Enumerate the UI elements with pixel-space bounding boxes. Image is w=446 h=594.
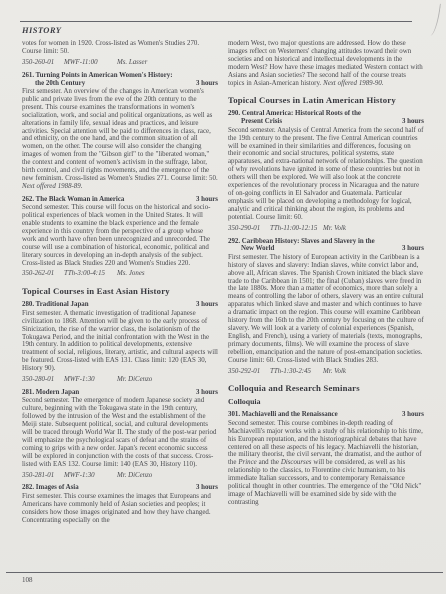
course-number-title: 261. Turning Points in American Women's … xyxy=(22,72,173,80)
course-titles: 290. Central America: Historical Roots o… xyxy=(228,110,361,126)
course-titles: 292. Caribbean History: Slaves and Slave… xyxy=(228,238,375,254)
course-instructor: Mr. DiCenzo xyxy=(117,472,152,480)
course-number-title: 290. Central America: Historical Roots o… xyxy=(228,110,361,118)
course-number-title: 292. Caribbean History: Slaves and Slave… xyxy=(228,238,375,246)
course-instructor: Ms. Jones xyxy=(117,270,145,278)
course-instructor: Mr. Volk xyxy=(323,368,346,376)
course-description: First semester. An overview of the chang… xyxy=(22,88,218,191)
course-description: First semester. A thematic investigation… xyxy=(22,310,218,373)
section-heading-latin-american: Topical Courses in Latin American Histor… xyxy=(228,95,424,105)
course-block-262: 262. The Black Woman in America 3 hours … xyxy=(22,196,218,279)
course-instructor: Mr. DiCenzo xyxy=(117,376,152,384)
course-code: 350-281-01 xyxy=(22,472,64,480)
course-number-title: 282. Images of Asia xyxy=(22,484,79,492)
course-hours: 3 hours xyxy=(402,118,424,126)
top-rule xyxy=(20,21,412,22)
course-description: Second semester. Analysis of Central Ame… xyxy=(228,127,424,222)
course-hours: 3 hours xyxy=(402,245,424,253)
continuation-paragraph: votes for women in 1920. Cross-listed as… xyxy=(22,40,218,56)
course-block-301: 301. Machiavelli and the Renaissance 3 h… xyxy=(228,411,424,506)
course-head: 292. Caribbean History: Slaves and Slave… xyxy=(228,238,424,254)
course-head: 280. Traditional Japan 3 hours xyxy=(22,301,218,309)
course-number-title: 301. Machiavelli and the Renaissance xyxy=(228,411,338,419)
bottom-rule xyxy=(6,572,443,573)
section-heading-east-asian: Topical Courses in East Asian History xyxy=(22,286,218,296)
course-instructor: Mr. Volk xyxy=(323,225,346,233)
course-description: Second semester. This course combines in… xyxy=(228,420,424,507)
course-time: TTh-11:00-12:15 xyxy=(270,225,323,233)
course-block-292: 292. Caribbean History: Slaves and Slave… xyxy=(228,238,424,376)
course-number-title: 280. Traditional Japan xyxy=(22,301,89,309)
scan-artifact xyxy=(427,3,441,37)
course-code: 350-290-01 xyxy=(228,225,270,233)
course-hours: 3 hours xyxy=(196,80,218,88)
course-title-line2: the 20th Century xyxy=(22,80,173,88)
course-time: MWF-1:30 xyxy=(64,376,117,384)
course-time: MWF-11:00 xyxy=(64,59,117,67)
continuation-paragraph: modern West, two major questions are add… xyxy=(228,40,424,87)
course-time: TTh-1:30-2:45 xyxy=(270,368,323,376)
course-description: Second semester. This course will focus … xyxy=(22,204,218,267)
course-instructor: Ms. Lasser xyxy=(117,59,147,67)
course-titles: 261. Turning Points in American Women's … xyxy=(22,72,173,88)
course-description: First semester. This course examines the… xyxy=(22,493,218,525)
course-code: 350-260-01 xyxy=(22,59,64,67)
course-hours: 3 hours xyxy=(196,301,218,309)
course-block-261: 261. Turning Points in American Women's … xyxy=(22,72,218,191)
course-block-282: 282. Images of Asia 3 hours First semest… xyxy=(22,484,218,524)
section-heading-colloquia-seminars: Colloquia and Research Seminars xyxy=(228,383,424,393)
course-hours: 3 hours xyxy=(196,484,218,492)
course-title-line2: New World xyxy=(228,245,375,253)
course-hours: 3 hours xyxy=(402,411,424,419)
catalog-page: HISTORY votes for women in 1920. Cross-l… xyxy=(0,0,446,594)
course-meta: 350-262-01 TTh-3:00-4:15 Ms. Jones xyxy=(22,270,218,278)
course-code: 350-292-01 xyxy=(228,368,270,376)
course-code: 350-280-01 xyxy=(22,376,64,384)
course-code: 350-262-01 xyxy=(22,270,64,278)
course-hours: 3 hours xyxy=(196,196,218,204)
page-number: 108 xyxy=(22,576,33,584)
course-title-line2: Present Crisis xyxy=(228,118,361,126)
course-head: 282. Images of Asia 3 hours xyxy=(22,484,218,492)
course-head: 281. Modern Japan 3 hours xyxy=(22,389,218,397)
left-column: votes for women in 1920. Cross-listed as… xyxy=(22,40,218,527)
course-head: 290. Central America: Historical Roots o… xyxy=(228,110,424,126)
right-column: modern West, two major questions are add… xyxy=(228,40,424,527)
course-number-title: 281. Modern Japan xyxy=(22,389,79,397)
course-description: Second semester. The emergence of modern… xyxy=(22,397,218,468)
course-block-280: 280. Traditional Japan 3 hours First sem… xyxy=(22,301,218,384)
running-head: HISTORY xyxy=(22,25,61,35)
course-block-290: 290. Central America: Historical Roots o… xyxy=(228,110,424,232)
course-head: 301. Machiavelli and the Renaissance 3 h… xyxy=(228,411,424,419)
course-meta: 350-292-01 TTh-1:30-2:45 Mr. Volk xyxy=(228,368,424,376)
course-time: TTh-3:00-4:15 xyxy=(64,270,117,278)
subsection-heading-colloquia: Colloquia xyxy=(228,397,424,406)
course-hours: 3 hours xyxy=(196,389,218,397)
text-columns: votes for women in 1920. Cross-listed as… xyxy=(22,40,424,527)
course-head: 261. Turning Points in American Women's … xyxy=(22,72,218,88)
course-head: 262. The Black Woman in America 3 hours xyxy=(22,196,218,204)
course-meta: 350-290-01 TTh-11:00-12:15 Mr. Volk xyxy=(228,225,424,233)
course-number-title: 262. The Black Woman in America xyxy=(22,196,124,204)
course-meta: 350-260-01 MWF-11:00 Ms. Lasser xyxy=(22,59,218,67)
course-time: MWF-1:30 xyxy=(64,472,117,480)
course-meta: 350-280-01 MWF-1:30 Mr. DiCenzo xyxy=(22,376,218,384)
course-meta: 350-281-01 MWF-1:30 Mr. DiCenzo xyxy=(22,472,218,480)
course-block-281: 281. Modern Japan 3 hours Second semeste… xyxy=(22,389,218,479)
course-description: First semester. The history of European … xyxy=(228,254,424,365)
